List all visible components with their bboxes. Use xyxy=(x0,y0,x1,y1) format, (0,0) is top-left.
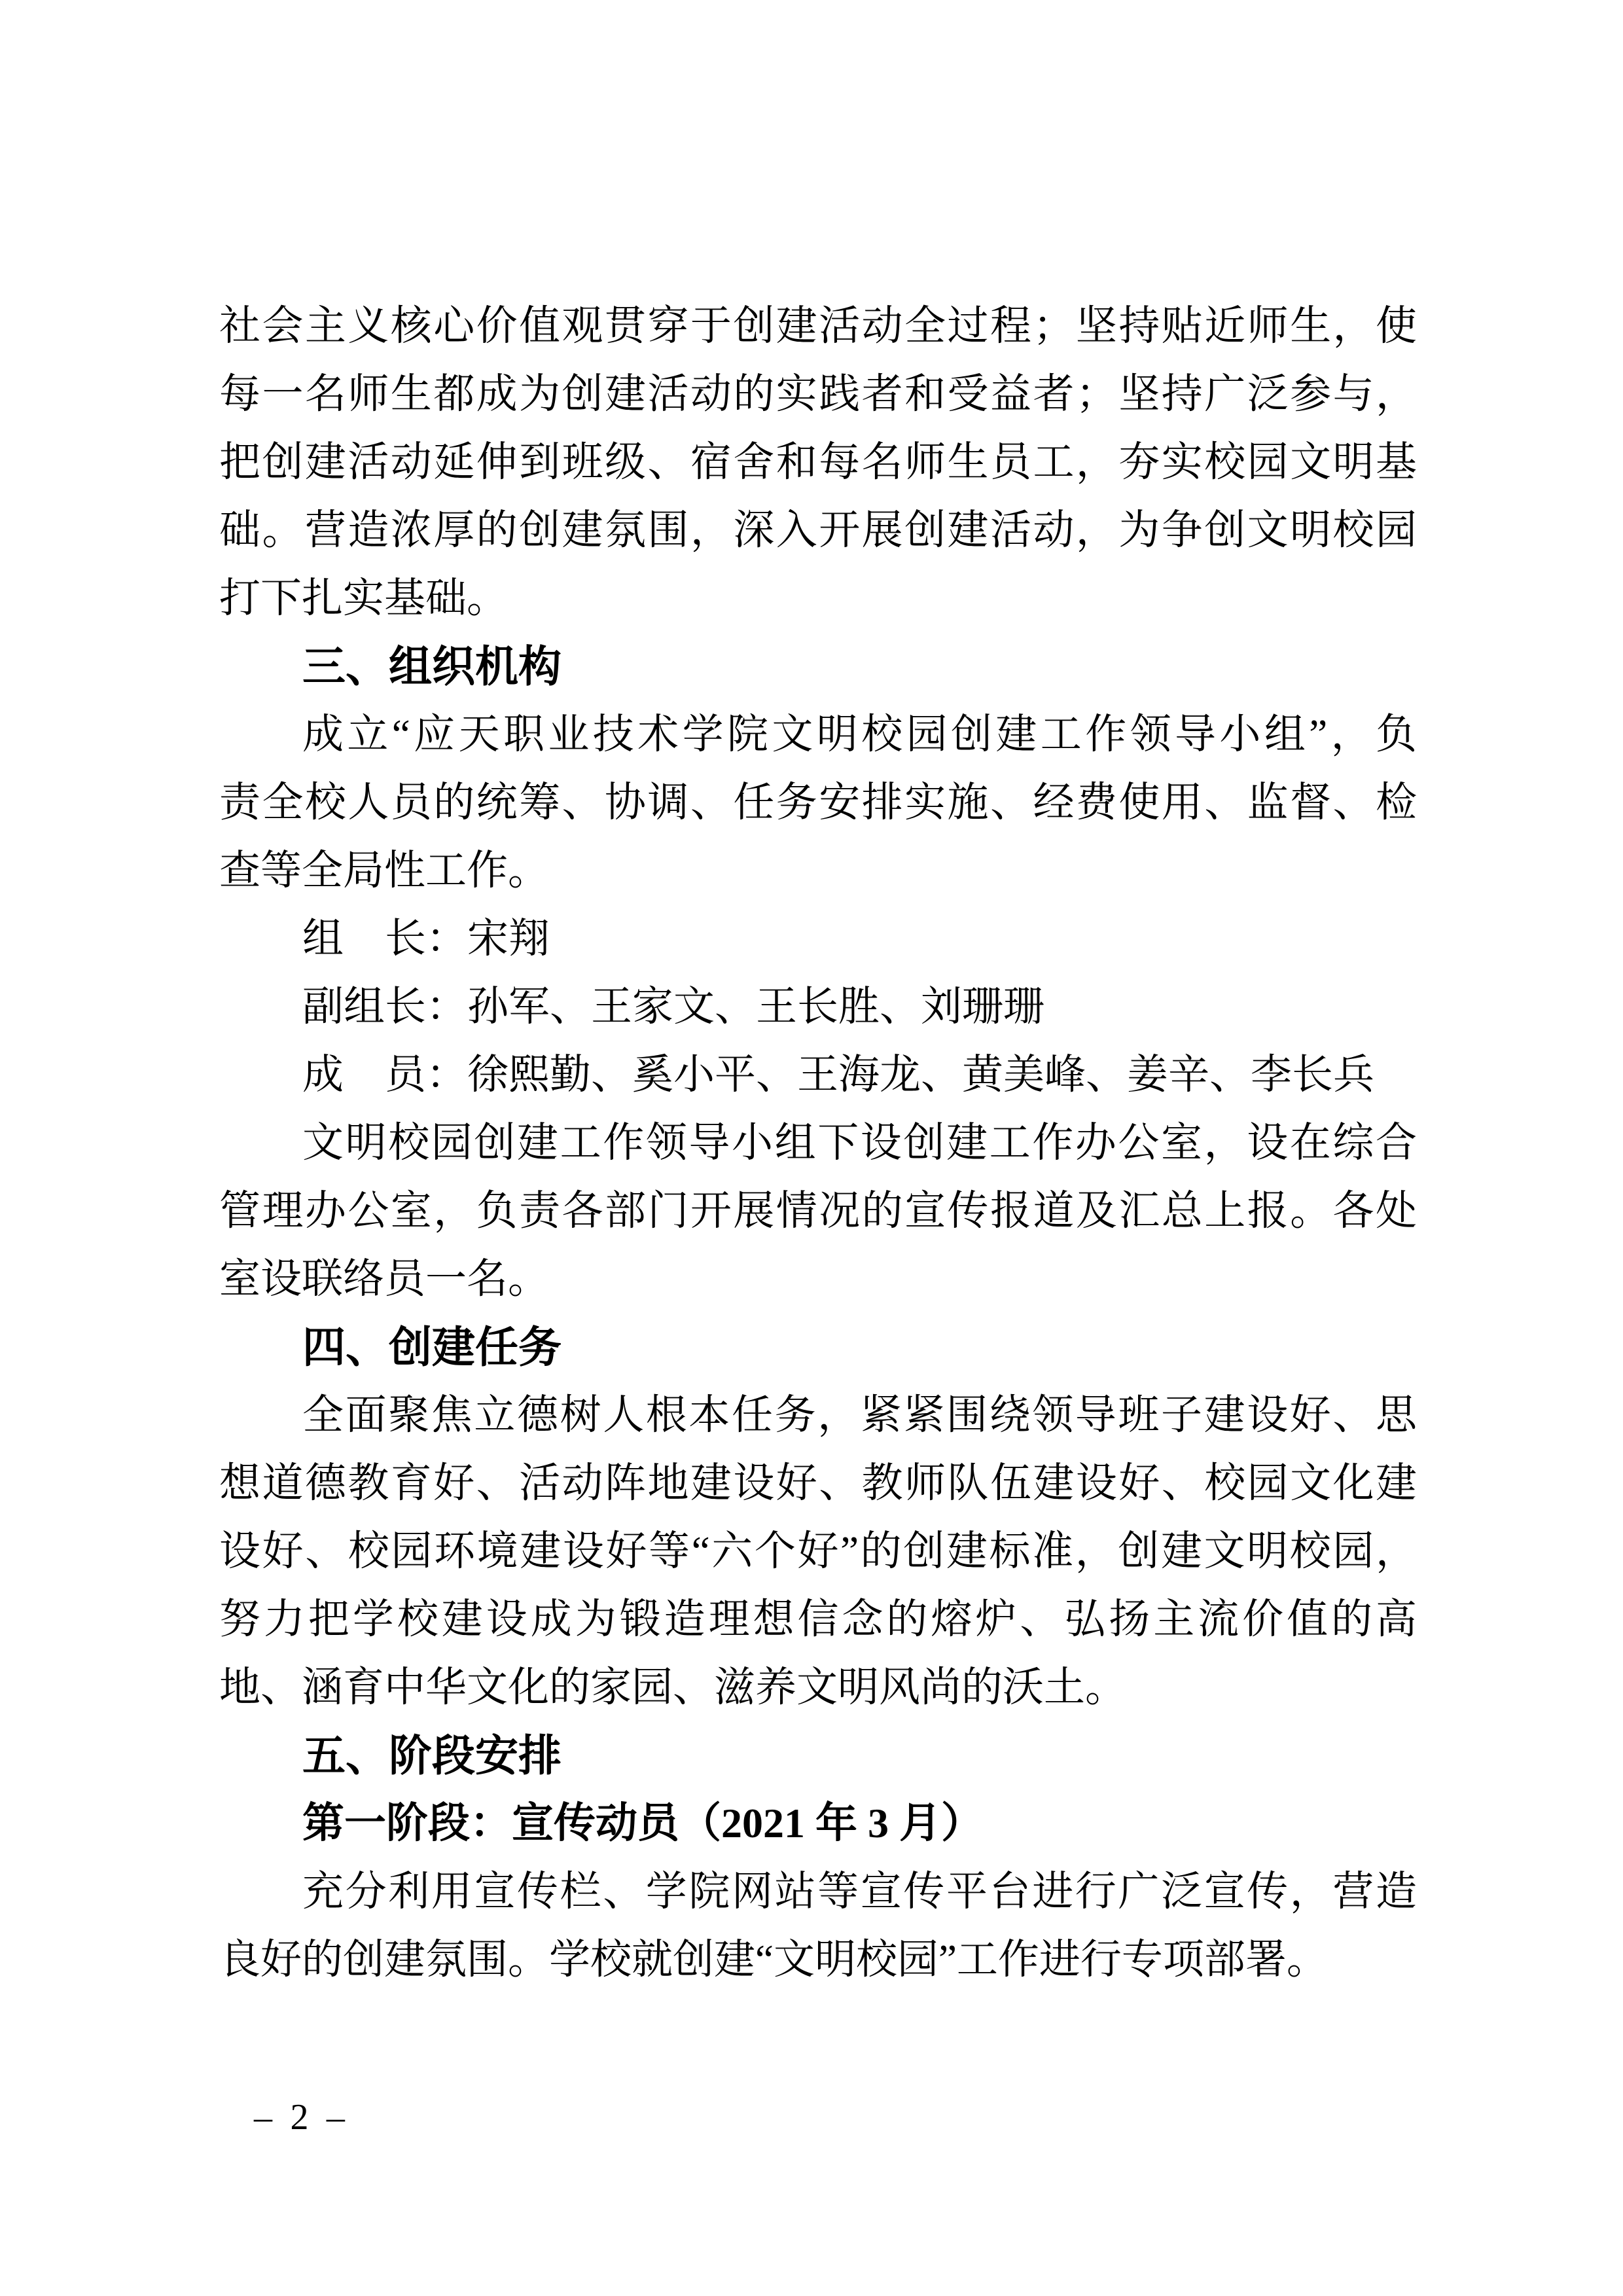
body-line: 责全校人员的统筹、协调、任务安排实施、经费使用、监督、检 xyxy=(219,768,1417,836)
stage1-subheading: 第一阶段：宣传动员（2021 年 3 月） xyxy=(219,1789,1417,1857)
body-line: 打下扎实基础。 xyxy=(219,564,1417,632)
body-line: 努力把学校建设成为锻造理想信念的熔炉、弘扬主流价值的高 xyxy=(219,1585,1417,1653)
section-heading-tasks: 四、创建任务 xyxy=(219,1313,1417,1381)
body-line: 地、涵育中华文化的家园、滋养文明风尚的沃土。 xyxy=(219,1653,1417,1721)
body-line: 设好、校园环境建设好等“六个好”的创建标准，创建文明校园， xyxy=(219,1517,1417,1585)
body-line: 查等全局性工作。 xyxy=(219,836,1417,905)
body-line: 每一名师生都成为创建活动的实践者和受益者；坚持广泛参与， xyxy=(219,360,1417,428)
body-line: 成立“应天职业技术学院文明校园创建工作领导小组”，负 xyxy=(219,700,1417,768)
document-text-block: 社会主义核心价值观贯穿于创建活动全过程；坚持贴近师生，使 每一名师生都成为创建活… xyxy=(219,292,1417,1994)
page-number: – 2 – xyxy=(254,2083,349,2151)
body-line: 把创建活动延伸到班级、宿舍和每名师生员工，夯实校园文明基 xyxy=(219,428,1417,496)
body-line: 充分利用宣传栏、学院网站等宣传平台进行广泛宣传，营造 xyxy=(219,1857,1417,1926)
body-line: 础。营造浓厚的创建氛围，深入开展创建活动，为争创文明校园 xyxy=(219,496,1417,564)
section-heading-org: 三、组织机构 xyxy=(219,632,1417,700)
body-line: 社会主义核心价值观贯穿于创建活动全过程；坚持贴近师生，使 xyxy=(219,292,1417,360)
roster-line-members: 成 员：徐熙勤、奚小平、王海龙、黄美峰、姜辛、李长兵 xyxy=(219,1041,1417,1109)
roster-line-leader: 组 长：宋翔 xyxy=(219,905,1417,973)
body-line: 想道德教育好、活动阵地建设好、教师队伍建设好、校园文化建 xyxy=(219,1449,1417,1517)
body-line: 室设联络员一名。 xyxy=(219,1245,1417,1313)
document-page: 社会主义核心价值观贯穿于创建活动全过程；坚持贴近师生，使 每一名师生都成为创建活… xyxy=(0,0,1623,2296)
body-line: 文明校园创建工作领导小组下设创建工作办公室，设在综合 xyxy=(219,1109,1417,1177)
body-line: 全面聚焦立德树人根本任务，紧紧围绕领导班子建设好、思 xyxy=(219,1381,1417,1449)
body-line: 管理办公室，负责各部门开展情况的宣传报道及汇总上报。各处 xyxy=(219,1177,1417,1245)
section-heading-stages: 五、阶段安排 xyxy=(219,1721,1417,1789)
roster-line-deputy-leaders: 副组长：孙军、王家文、王长胜、刘珊珊 xyxy=(219,973,1417,1041)
body-line: 良好的创建氛围。学校就创建“文明校园”工作进行专项部署。 xyxy=(219,1926,1417,1994)
